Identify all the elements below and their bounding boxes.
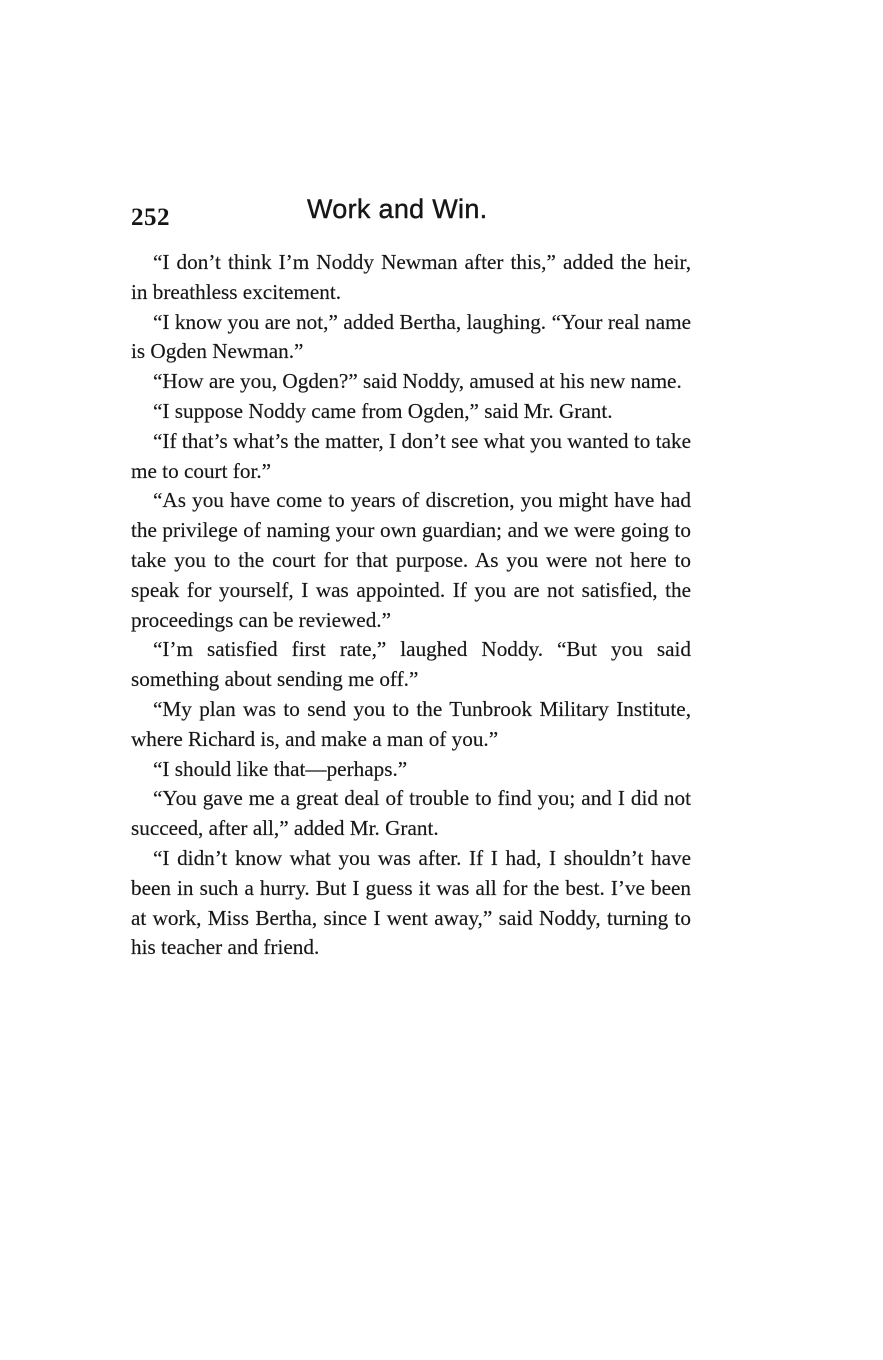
- paragraph: “I suppose Noddy came from Ogden,” said …: [131, 397, 691, 427]
- paragraph: “How are you, Ogden?” said Noddy, amused…: [131, 367, 691, 397]
- running-head: 252 Work and Win.: [131, 194, 691, 234]
- paragraph: “I don’t think I’m Noddy Newman after th…: [131, 248, 691, 308]
- book-page: 252 Work and Win. “I don’t think I’m Nod…: [0, 0, 883, 1360]
- paragraph: “I should like that—perhaps.”: [131, 755, 691, 785]
- paragraph: “My plan was to send you to the Tunbrook…: [131, 695, 691, 755]
- paragraph: “I know you are not,” added Bertha, laug…: [131, 308, 691, 368]
- paragraph: “I’m satisfied first rate,” laughed Nodd…: [131, 635, 691, 695]
- paragraph: “You gave me a great deal of trouble to …: [131, 784, 691, 844]
- running-title: Work and Win.: [307, 194, 487, 225]
- paragraph: “If that’s what’s the matter, I don’t se…: [131, 427, 691, 487]
- paragraph: “I didn’t know what you was after. If I …: [131, 844, 691, 963]
- page-number: 252: [131, 204, 170, 232]
- paragraph: “As you have come to years of discretion…: [131, 486, 691, 635]
- body-text: “I don’t think I’m Noddy Newman after th…: [131, 248, 691, 963]
